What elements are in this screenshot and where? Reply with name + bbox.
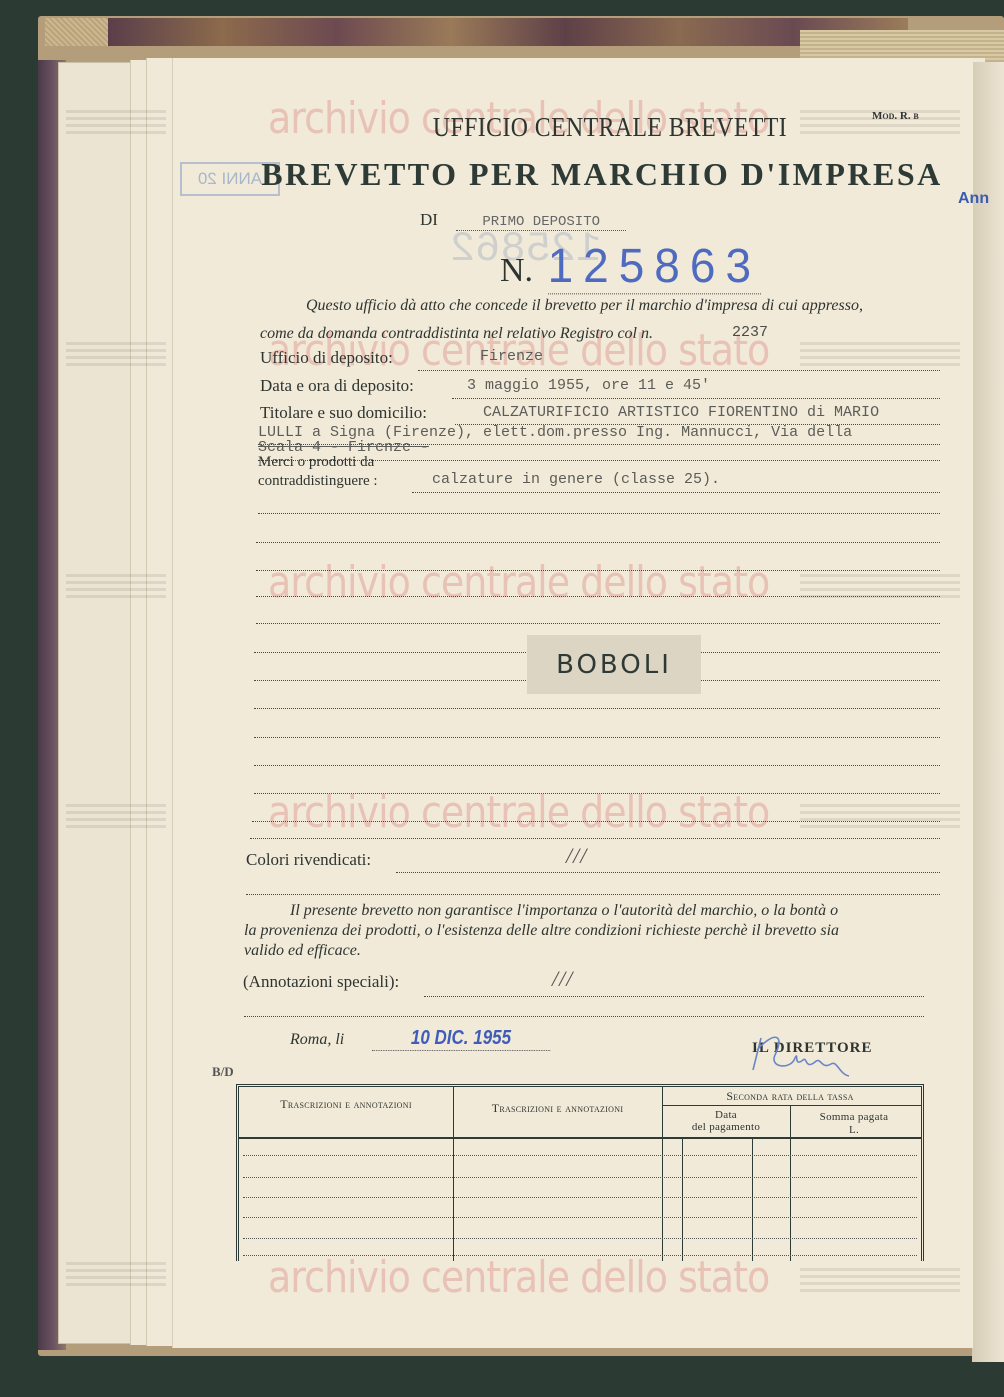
- page-right-edge: [972, 62, 1004, 1362]
- table-header-group: Seconda rata della tassa: [662, 1089, 918, 1104]
- watermark: archivio centrale dello stato: [268, 557, 769, 608]
- watermark-bars: [800, 340, 960, 366]
- watermark-bars: [800, 572, 960, 598]
- dotted-rule: [256, 542, 940, 543]
- watermark: archivio centrale dello stato: [268, 787, 769, 838]
- table-row-rule: [243, 1177, 917, 1178]
- dotted-rule: [256, 623, 940, 624]
- merci-label-1: Merci o prodotti da: [258, 454, 374, 471]
- titolare-value-1: CALZATURIFICIO ARTISTICO FIORENTINO di M…: [483, 404, 879, 421]
- di-label: DI: [420, 210, 438, 229]
- data-value: 3 maggio 1955, ore 11 e 45': [467, 377, 710, 394]
- place-date-row: Roma, li 10 DIC. 1955: [290, 1027, 566, 1051]
- side-stamp-mark: Ann: [958, 190, 989, 208]
- table-row-rule: [243, 1255, 917, 1256]
- dotted-rule: [258, 513, 940, 514]
- deposit-type-value: PRIMO DEPOSITO: [456, 214, 626, 231]
- disclaimer-line-1: Il presente brevetto non garantisce l'im…: [290, 902, 838, 920]
- table-header-amount-1: Somma pagata: [790, 1111, 918, 1123]
- watermark-bars: [66, 108, 166, 134]
- patent-number-row: N. 125863: [500, 238, 761, 293]
- colori-value: ///: [566, 843, 587, 869]
- annotazioni-value: ///: [552, 966, 573, 992]
- binder-cloth-corner: [45, 18, 115, 46]
- dotted-rule: [254, 708, 940, 709]
- dotted-rule: [412, 492, 940, 493]
- disclaimer-line-3: valido ed efficace.: [244, 942, 361, 960]
- watermark-bars: [66, 1260, 166, 1286]
- dotted-rule: [250, 838, 940, 839]
- office-heading: UFFICIO CENTRALE BREVETTI: [293, 112, 927, 143]
- table-row-rule: [243, 1217, 917, 1218]
- table-header-date-2: del pagamento: [662, 1121, 790, 1133]
- merci-value: calzature in genere (classe 25).: [432, 471, 720, 488]
- watermark-bars: [66, 340, 166, 366]
- trademark-label: BOBOLI: [527, 635, 701, 694]
- dotted-rule: [700, 652, 940, 653]
- patent-number-stamp: 125863: [548, 237, 762, 295]
- watermark-bars: [66, 802, 166, 828]
- dotted-rule: [256, 570, 940, 571]
- table-header-rule: [239, 1137, 921, 1139]
- document-title: BREVETTO PER MARCHIO D'IMPRESA: [252, 156, 952, 193]
- table-header-amount-2: L.: [790, 1124, 918, 1136]
- dotted-rule: [452, 398, 940, 399]
- ufficio-value: Firenze: [480, 348, 543, 365]
- data-label: Data e ora di deposito:: [260, 376, 414, 396]
- table-row-rule: [243, 1197, 917, 1198]
- registration-table: Trascrizioni e annotazioni Trascrizioni …: [236, 1084, 924, 1261]
- ufficio-label: Ufficio di deposito:: [260, 348, 393, 368]
- table-header-col2: Trascrizioni e annotazioni: [453, 1101, 662, 1116]
- place-label: Roma, li: [290, 1031, 344, 1048]
- dotted-rule: [254, 680, 528, 681]
- issue-date-stamp: 10 DIC. 1955: [372, 1027, 551, 1051]
- dotted-rule: [254, 737, 940, 738]
- annotazioni-label: (Annotazioni speciali):: [243, 972, 399, 992]
- deposit-type-row: DI PRIMO DEPOSITO: [420, 210, 626, 231]
- watermark-bars: [66, 572, 166, 598]
- dotted-rule: [256, 596, 940, 597]
- number-label: N.: [500, 252, 533, 289]
- dotted-rule: [396, 872, 940, 873]
- dotted-rule: [244, 1016, 924, 1017]
- table-header-date-1: Data: [662, 1109, 790, 1121]
- registro-number: 2237: [732, 324, 768, 341]
- disclaimer-line-2: la provenienza dei prodotti, o l'esisten…: [244, 922, 839, 940]
- merci-label-2: contraddistinguere :: [258, 473, 378, 490]
- watermark-bars: [800, 1266, 960, 1292]
- dotted-rule: [418, 370, 940, 371]
- watermark-bars: [800, 802, 960, 828]
- titolare-label: Titolare e suo domicilio:: [260, 403, 427, 423]
- binder-marbled-edge: [108, 18, 908, 46]
- director-signature: [745, 1030, 855, 1080]
- dotted-rule: [254, 765, 940, 766]
- table-header-col1: Trascrizioni e annotazioni: [239, 1097, 453, 1112]
- table-subheader-rule: [662, 1105, 921, 1106]
- dotted-rule: [424, 996, 924, 997]
- table-row-rule: [243, 1238, 917, 1239]
- bd-mark: B/D: [212, 1064, 234, 1080]
- colori-label: Colori rivendicati:: [246, 850, 371, 870]
- dotted-rule: [254, 793, 940, 794]
- table-row-rule: [243, 1155, 917, 1156]
- intro-line-1: Questo ufficio dà atto che concede il br…: [306, 297, 863, 315]
- dotted-rule: [246, 894, 940, 895]
- dotted-rule: [700, 680, 940, 681]
- dotted-rule: [252, 821, 940, 822]
- intro-line-2: come da domanda contraddistinta nel rela…: [260, 325, 653, 343]
- dotted-rule: [254, 652, 528, 653]
